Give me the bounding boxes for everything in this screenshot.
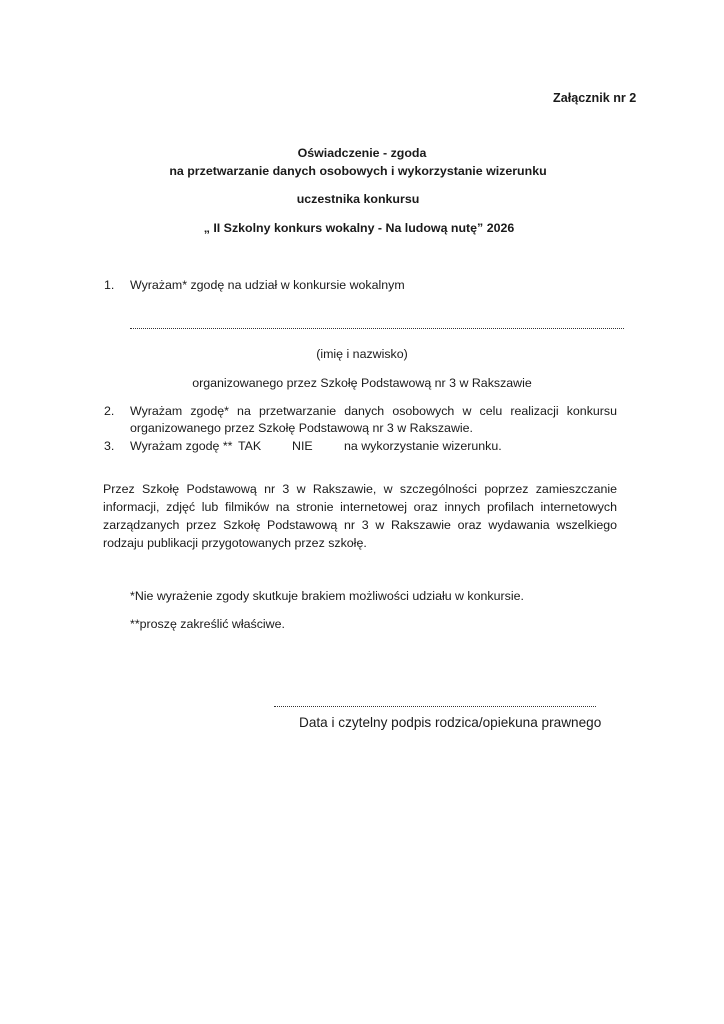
item-2-number: 2. <box>104 404 114 418</box>
name-caption: (imię i nazwisko) <box>0 347 724 361</box>
organizer-text: organizowanego przez Szkołę Podstawową n… <box>0 376 724 390</box>
item-1-number: 1. <box>104 278 114 292</box>
item-3-prefix: Wyrażam zgodę ** <box>130 439 233 453</box>
item-1-text: Wyrażam* zgodę na udział w konkursie wok… <box>130 278 405 292</box>
item-2-text-line-2: organizowanego przez Szkołę Podstawową n… <box>130 421 473 435</box>
name-entry-line[interactable] <box>130 328 624 329</box>
paragraph-line-2: informacji, zdjęć lub filmików na stroni… <box>103 500 617 514</box>
signature-caption: Data i czytelny podpis rodzica/opiekuna … <box>299 715 601 730</box>
paragraph-line-1: Przez Szkołę Podstawową nr 3 w Rakszawie… <box>103 482 617 496</box>
paragraph-line-4: rodzaju publikacji przygotowanych przez … <box>103 536 617 550</box>
item-3-suffix: na wykorzystanie wizerunku. <box>344 439 502 453</box>
footnote-single: *Nie wyrażenie zgody skutkuje brakiem mo… <box>130 589 524 603</box>
option-no[interactable]: NIE <box>292 439 313 453</box>
paragraph-line-3: zarządzanych przez Szkołę Podstawową nr … <box>103 518 617 532</box>
option-yes[interactable]: TAK <box>238 439 261 453</box>
footnote-double: **proszę zakreślić właściwe. <box>130 617 285 631</box>
title-line-1: Oświadczenie - zgoda <box>0 146 724 160</box>
title-line-2: na przetwarzanie danych osobowych i wyko… <box>0 164 720 178</box>
contest-name: „ II Szkolny konkurs wokalny - Na ludową… <box>0 221 721 235</box>
item-2-text-line-1: Wyrażam zgodę* na przetwarzanie danych o… <box>130 404 617 418</box>
item-3-number: 3. <box>104 439 114 453</box>
signature-line[interactable] <box>274 706 596 707</box>
attachment-label: Załącznik nr 2 <box>553 91 636 105</box>
title-line-3: uczestnika konkursu <box>0 192 720 206</box>
